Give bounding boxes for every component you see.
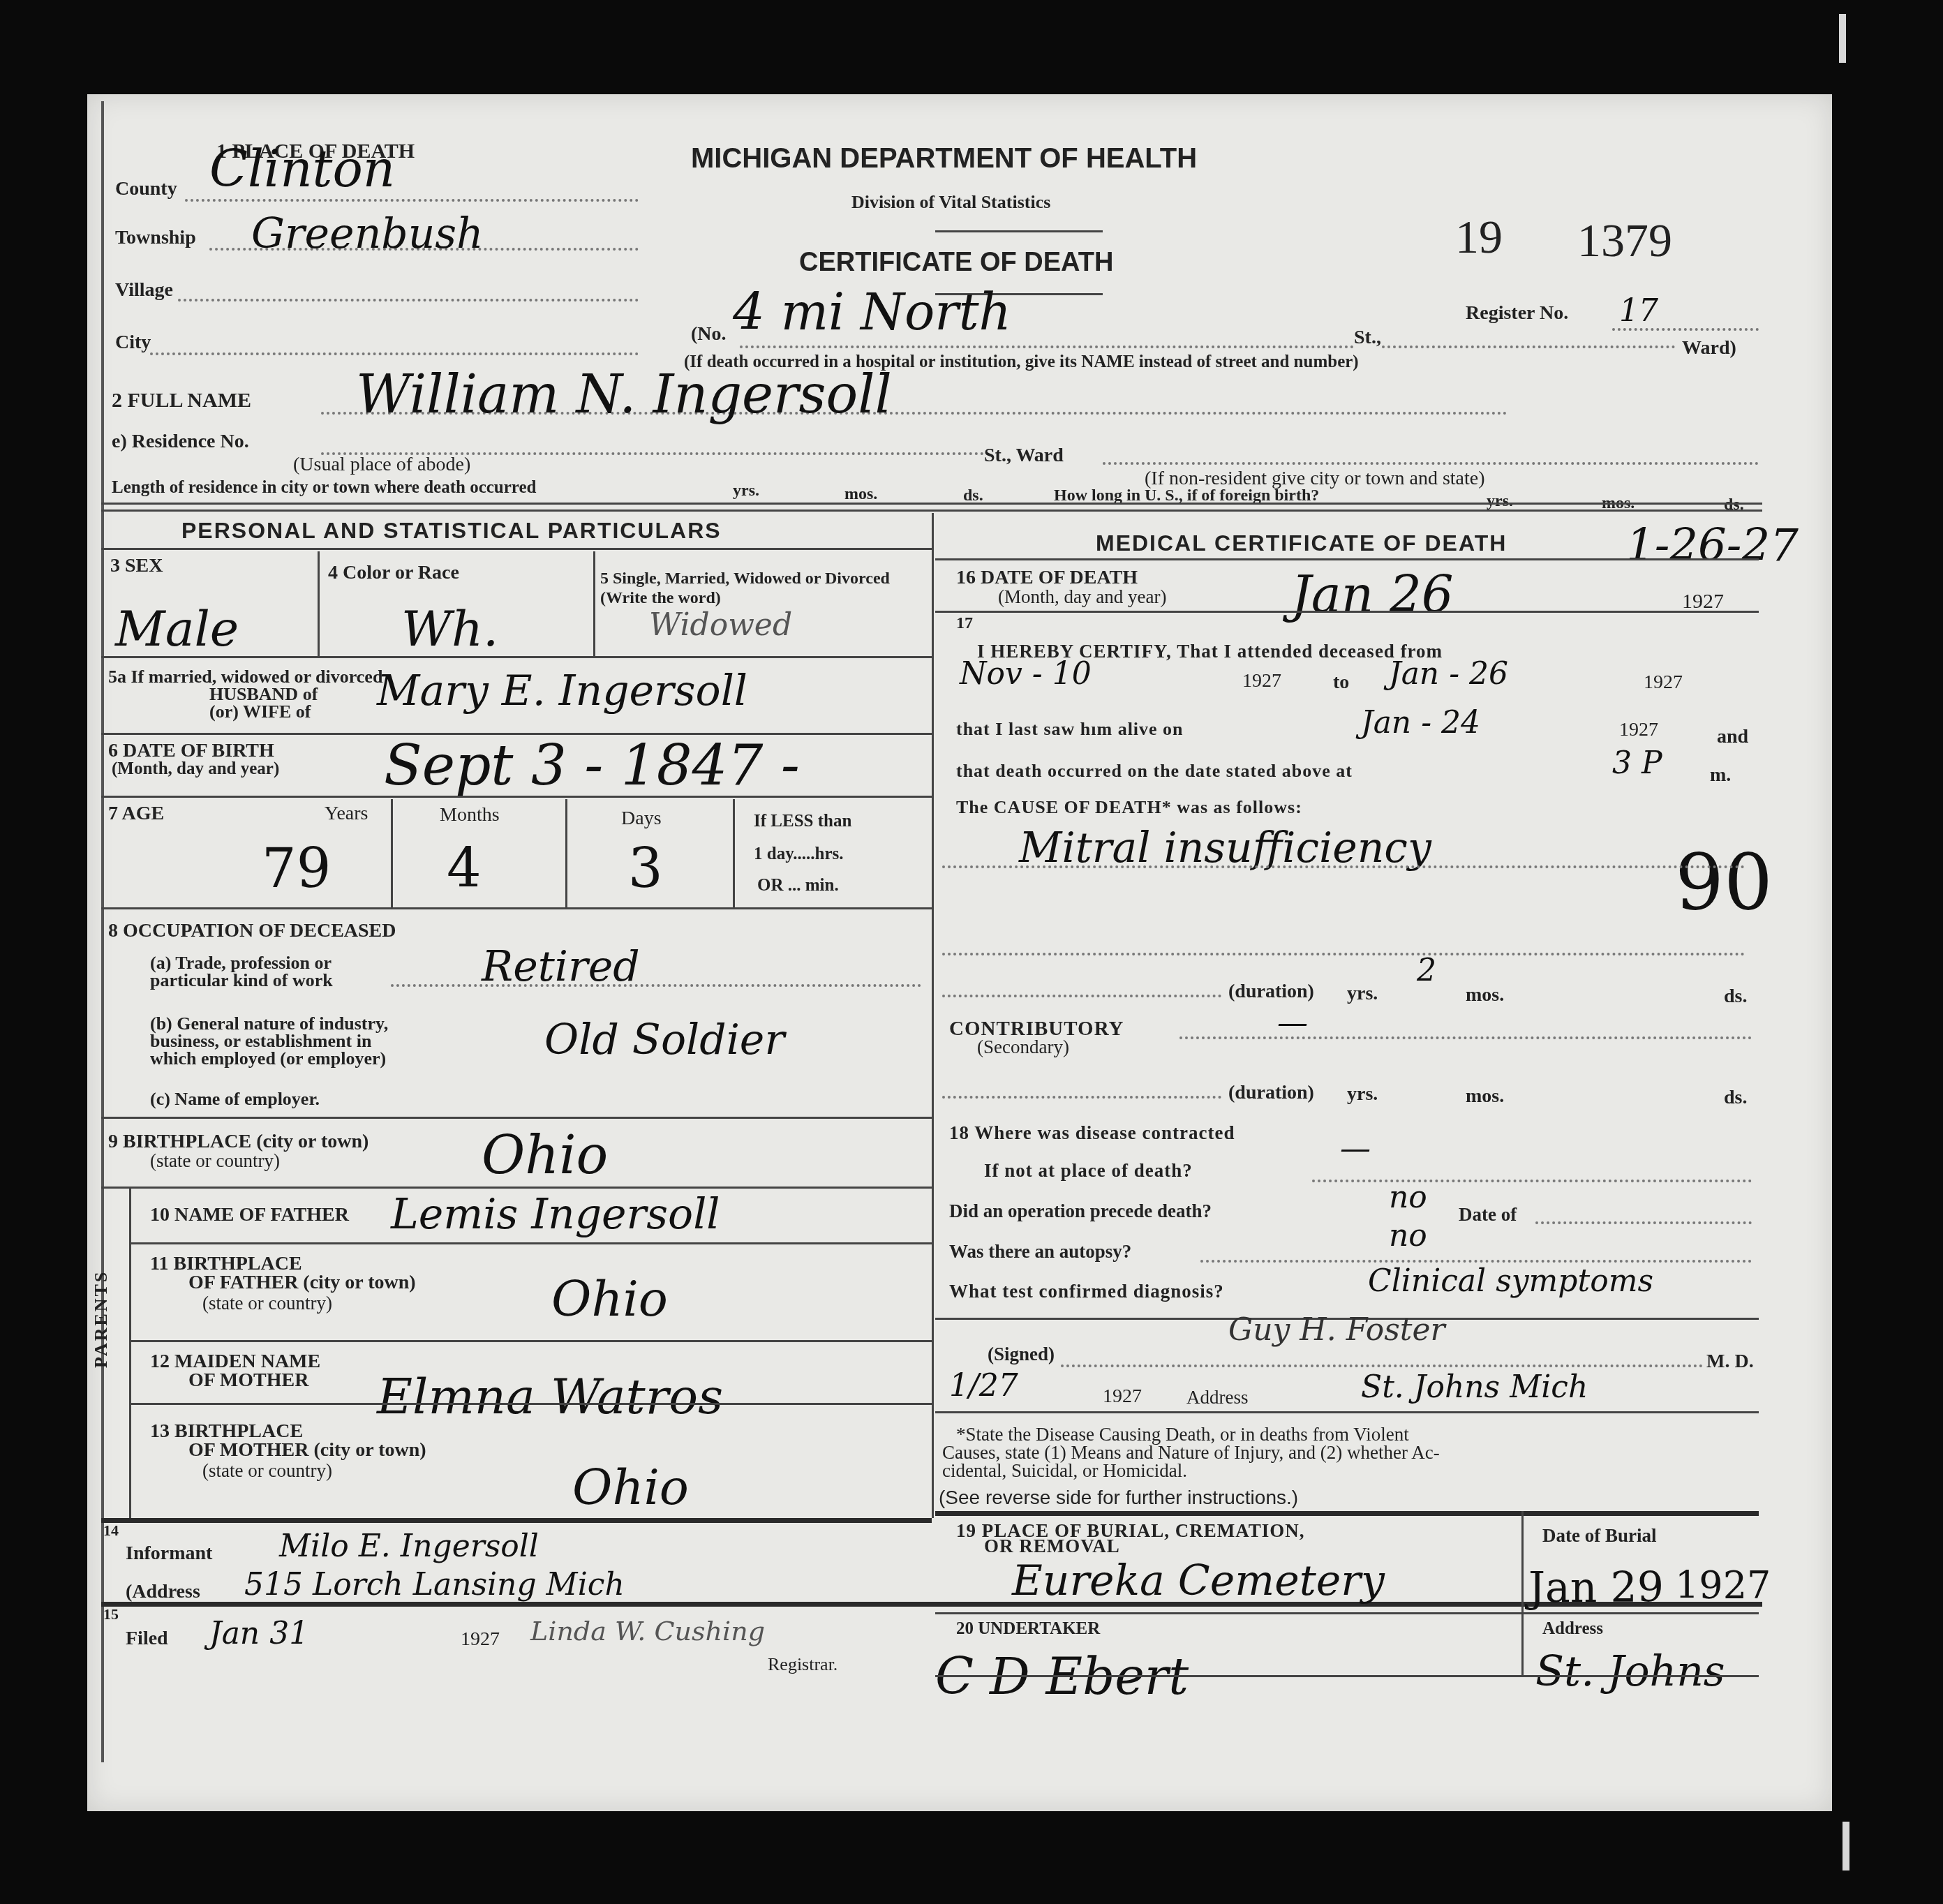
physician-signature: Guy H. Foster (1228, 1312, 1445, 1348)
death-time-value: 3 P (1612, 745, 1662, 781)
last-saw-text: that I last saw hım alive on (956, 719, 1184, 740)
street-no-value: 4 mi North (733, 283, 1011, 341)
sex-value: Male (115, 600, 239, 657)
age-months-label: Months (440, 804, 500, 826)
mother-name-label-2: OF MOTHER (188, 1369, 308, 1392)
age-years-label: Years (325, 803, 368, 825)
attended-from-year: 1927 (1242, 670, 1281, 692)
dod-sub-label: (Month, day and year) (998, 586, 1166, 608)
mother-name-value: Elmna Watros (377, 1368, 723, 1425)
cause-duration-mos: mos. (1466, 984, 1504, 1006)
cause-duration-label: (duration) (1228, 981, 1314, 1003)
cause-code: 90 (1675, 838, 1773, 927)
trade-line (391, 984, 921, 987)
burial-date-value: Jan 29 (1528, 1563, 1664, 1612)
occupation-label: 8 OCCUPATION OF DECEASED (108, 920, 396, 942)
attended-to-label: to (1333, 671, 1349, 694)
register-line (1612, 328, 1759, 331)
rule-personal (101, 548, 932, 550)
operation-date-label: Date of (1459, 1204, 1517, 1226)
physician-address-value: St. Johns Mich (1361, 1369, 1588, 1405)
registrar-signature: Linda W. Cushing (530, 1616, 765, 1646)
rule-age (101, 907, 932, 909)
parents-side-label: PARENTS (91, 1270, 112, 1368)
birthplace-value: Ohio (482, 1124, 608, 1186)
undertaker-address-value: St. Johns (1535, 1647, 1725, 1696)
rule-dob (101, 796, 932, 798)
rule-informant-bottom (101, 1602, 1762, 1607)
margin-date-note: 1-26-27 (1626, 520, 1799, 572)
rule-occupation (101, 1117, 932, 1119)
footnote-line-4: (See reverse side for further instructio… (939, 1487, 1298, 1509)
length-yrs: yrs. (733, 482, 759, 500)
filed-value: Jan 31 (209, 1616, 308, 1651)
rule-sex (101, 656, 932, 658)
autopsy-label: Was there an autopsy? (949, 1241, 1131, 1263)
industry-value: Old Soldier (544, 1016, 784, 1064)
register-label: Register No. (1466, 302, 1568, 325)
rule-burial-top (935, 1511, 1759, 1516)
contributory-duration-label: (duration) (1228, 1082, 1314, 1104)
signed-date: 1/27 (949, 1368, 1018, 1404)
title-rule-top (935, 230, 1103, 232)
column-divider (932, 513, 934, 1518)
dob-value: Sept 3 - 1847 - (384, 733, 800, 798)
age-years-value: 79 (262, 838, 331, 900)
spouse-label-3: (or) WIFE of (209, 701, 311, 722)
burial-date-year: 1927 (1675, 1563, 1771, 1607)
contributory-duration-mos: mos. (1466, 1085, 1504, 1108)
age-years-divider (391, 799, 393, 907)
signed-year: 1927 (1103, 1385, 1142, 1408)
rule-birthplace (101, 1187, 932, 1189)
personal-section-title: PERSONAL AND STATISTICAL PARTICULARS (181, 518, 722, 544)
header-rule-1 (101, 503, 1762, 505)
cause-line-1 (942, 865, 1745, 868)
marital-label: 5 Single, Married, Widowed or Divorced (… (600, 569, 921, 608)
father-name-label: 10 NAME OF FATHER (150, 1204, 349, 1226)
last-saw-year: 1927 (1619, 719, 1658, 741)
less-than-label: If LESS than (754, 812, 851, 831)
rule-medical (935, 558, 1759, 560)
employer-label: (c) Name of employer. (150, 1089, 320, 1110)
informant-address-label: (Address (126, 1581, 200, 1603)
undertaker-label: 20 UNDERTAKER (956, 1619, 1100, 1639)
informant-label: Informant (126, 1542, 212, 1565)
mother-bp-label-2: OF MOTHER (city or town) (188, 1439, 426, 1462)
age-months-divider (565, 799, 567, 907)
registrar-label: Registrar. (768, 1654, 837, 1675)
signed-label: (Signed) (988, 1344, 1055, 1365)
contributory-line (1179, 1036, 1752, 1039)
day-hrs-label: 1 day.....hrs. (754, 845, 844, 864)
mother-bp-label-3: (state or country) (202, 1460, 332, 1482)
dob-sub-label: (Month, day and year) (112, 759, 279, 779)
physician-address-label: Address (1186, 1387, 1249, 1408)
burial-date-label: Date of Burial (1542, 1525, 1656, 1547)
filed-year: 1927 (461, 1628, 500, 1651)
length-mos: mos. (844, 485, 877, 504)
operation-date-line (1535, 1221, 1752, 1224)
dod-value: Jan 26 (1291, 565, 1454, 624)
st-ward-label: St., Ward (984, 445, 1064, 467)
footnote-line-3: cidental, Suicidal, or Homicidal. (942, 1460, 1187, 1482)
operation-value: no (1389, 1180, 1427, 1215)
mother-bp-value: Ohio (572, 1459, 689, 1516)
cause-label: The CAUSE OF DEATH* was as follows: (956, 797, 1302, 818)
rule-father-bp (129, 1340, 932, 1342)
county-line (185, 199, 639, 202)
full-name-label: 2 FULL NAME (112, 389, 251, 412)
division-subtitle: Division of Vital Statistics (851, 192, 1050, 213)
item-18-label: 18 Where was disease contracted (949, 1122, 1235, 1144)
contributory-sub-label: (Secondary) (977, 1036, 1069, 1058)
contributory-duration-ds: ds. (1724, 1087, 1747, 1109)
attended-to-value: Jan - 26 (1389, 656, 1508, 692)
ward-line (1382, 345, 1675, 348)
last-saw-value: Jan - 24 (1361, 705, 1480, 741)
us-yrs: yrs. (1487, 492, 1513, 511)
cause-duration-line (942, 995, 1221, 997)
father-name-value: Lemis Ingersoll (391, 1190, 720, 1239)
township-label: Township (115, 227, 196, 249)
county-label: County (115, 178, 177, 200)
st-label: St., (1354, 327, 1381, 349)
age-days-divider (733, 799, 735, 907)
county-value: Clinton (209, 140, 395, 198)
father-bp-label-3: (state or country) (202, 1293, 332, 1314)
department-title: MICHIGAN DEPARTMENT OF HEALTH (691, 143, 1197, 174)
md-label: M. D. (1706, 1351, 1754, 1373)
burial-divider (1521, 1511, 1524, 1675)
register-value: 17 (1619, 293, 1658, 329)
trade-label-2: particular kind of work (150, 970, 333, 991)
rule-undertaker (935, 1675, 1759, 1677)
not-at-place-line (1312, 1180, 1752, 1182)
dod-year: 1927 (1682, 590, 1724, 613)
burial-place-label-2: OR REMOVAL (984, 1535, 1120, 1557)
sex-label: 3 SEX (110, 555, 163, 577)
cause-duration-yrs: yrs. (1347, 983, 1378, 1005)
informant-address-value: 515 Lorch Lansing Mich (244, 1567, 625, 1602)
birthplace-sub-label: (state or country) (150, 1150, 280, 1172)
marital-value: Widowed (649, 607, 792, 643)
rule-dod (935, 611, 1759, 613)
occurred-text: that death occurred on the date stated a… (956, 761, 1353, 782)
race-value: Wh. (401, 600, 498, 657)
father-bp-label-2: OF FATHER (city or town) (188, 1272, 416, 1294)
contributory-duration-line (942, 1096, 1221, 1099)
village-label: Village (115, 279, 173, 302)
contributory-value: — (1277, 1005, 1308, 1041)
city-line (150, 352, 639, 355)
signed-line (1061, 1364, 1703, 1367)
cause-duration-mos-value: 2 (1417, 953, 1436, 988)
rule-father (129, 1242, 932, 1244)
not-at-place-label: If not at place of death? (984, 1160, 1193, 1182)
age-days-label: Days (621, 808, 662, 830)
full-name-value: William N. Ingersoll (356, 363, 892, 425)
cause-duration-ds: ds. (1724, 986, 1747, 1008)
autopsy-line (1200, 1260, 1752, 1263)
rule-mother (129, 1403, 932, 1405)
street-no-label: (No. (691, 323, 727, 345)
rule-burial (935, 1612, 1759, 1614)
residence-ward-line (1103, 462, 1759, 465)
undertaker-address-label: Address (1542, 1619, 1603, 1639)
street-line (740, 345, 1354, 348)
not-at-place-value: — (1340, 1131, 1371, 1166)
and-label: and (1717, 726, 1748, 748)
scan-edge-mark (1842, 1822, 1849, 1870)
certificate-title: CERTIFICATE OF DEATH (799, 248, 1113, 278)
length-residence-label: Length of residence in city or town wher… (112, 478, 537, 498)
operation-label: Did an operation precede death? (949, 1200, 1212, 1222)
attended-to-year: 1927 (1644, 671, 1683, 694)
attended-from-value: Nov - 10 (960, 656, 1092, 692)
age-months-value: 4 (447, 838, 482, 900)
informant-value: Milo E. Ingersoll (279, 1529, 539, 1564)
residence-note: (Usual place of abode) (293, 454, 470, 476)
header-rule-2 (101, 510, 1762, 512)
parents-divider (129, 1187, 131, 1522)
test-value: Clinical symptoms (1368, 1263, 1653, 1299)
test-label: What test confirmed diagnosis? (949, 1281, 1224, 1302)
informant-number: 14 (103, 1522, 119, 1540)
certificate-number: 1379 (1577, 213, 1672, 268)
industry-label-3: which employed (or employer) (150, 1048, 386, 1069)
autopsy-value: no (1389, 1218, 1427, 1254)
scan-edge-mark (1839, 14, 1846, 63)
cause-line-2 (942, 953, 1745, 955)
rule-signed (935, 1411, 1759, 1413)
village-line (178, 299, 639, 302)
race-divider (593, 551, 595, 656)
age-days-value: 3 (628, 838, 663, 900)
burial-place-value: Eureka Cemetery (1012, 1556, 1385, 1605)
residence-label: e) Residence No. (112, 431, 249, 453)
township-value: Greenbush (251, 209, 484, 258)
contributory-duration-yrs: yrs. (1347, 1083, 1378, 1106)
filed-label: Filed (126, 1628, 168, 1650)
or-min-label: OR ... min. (757, 876, 839, 895)
race-label: 4 Color or Race (328, 562, 459, 584)
age-label: 7 AGE (108, 803, 164, 825)
spouse-value: Mary E. Ingersoll (377, 667, 747, 715)
ward-label: Ward) (1682, 337, 1736, 359)
filed-number: 15 (103, 1605, 119, 1623)
medical-section-title: MEDICAL CERTIFICATE OF DEATH (1096, 530, 1507, 556)
father-bp-value: Ohio (551, 1270, 668, 1327)
sex-divider (318, 551, 320, 656)
city-label: City (115, 332, 151, 354)
year-prefix: 19 (1455, 209, 1503, 265)
time-m-label: m. (1710, 764, 1731, 787)
rule-informant-top (101, 1518, 932, 1523)
item-17-number: 17 (956, 614, 973, 633)
